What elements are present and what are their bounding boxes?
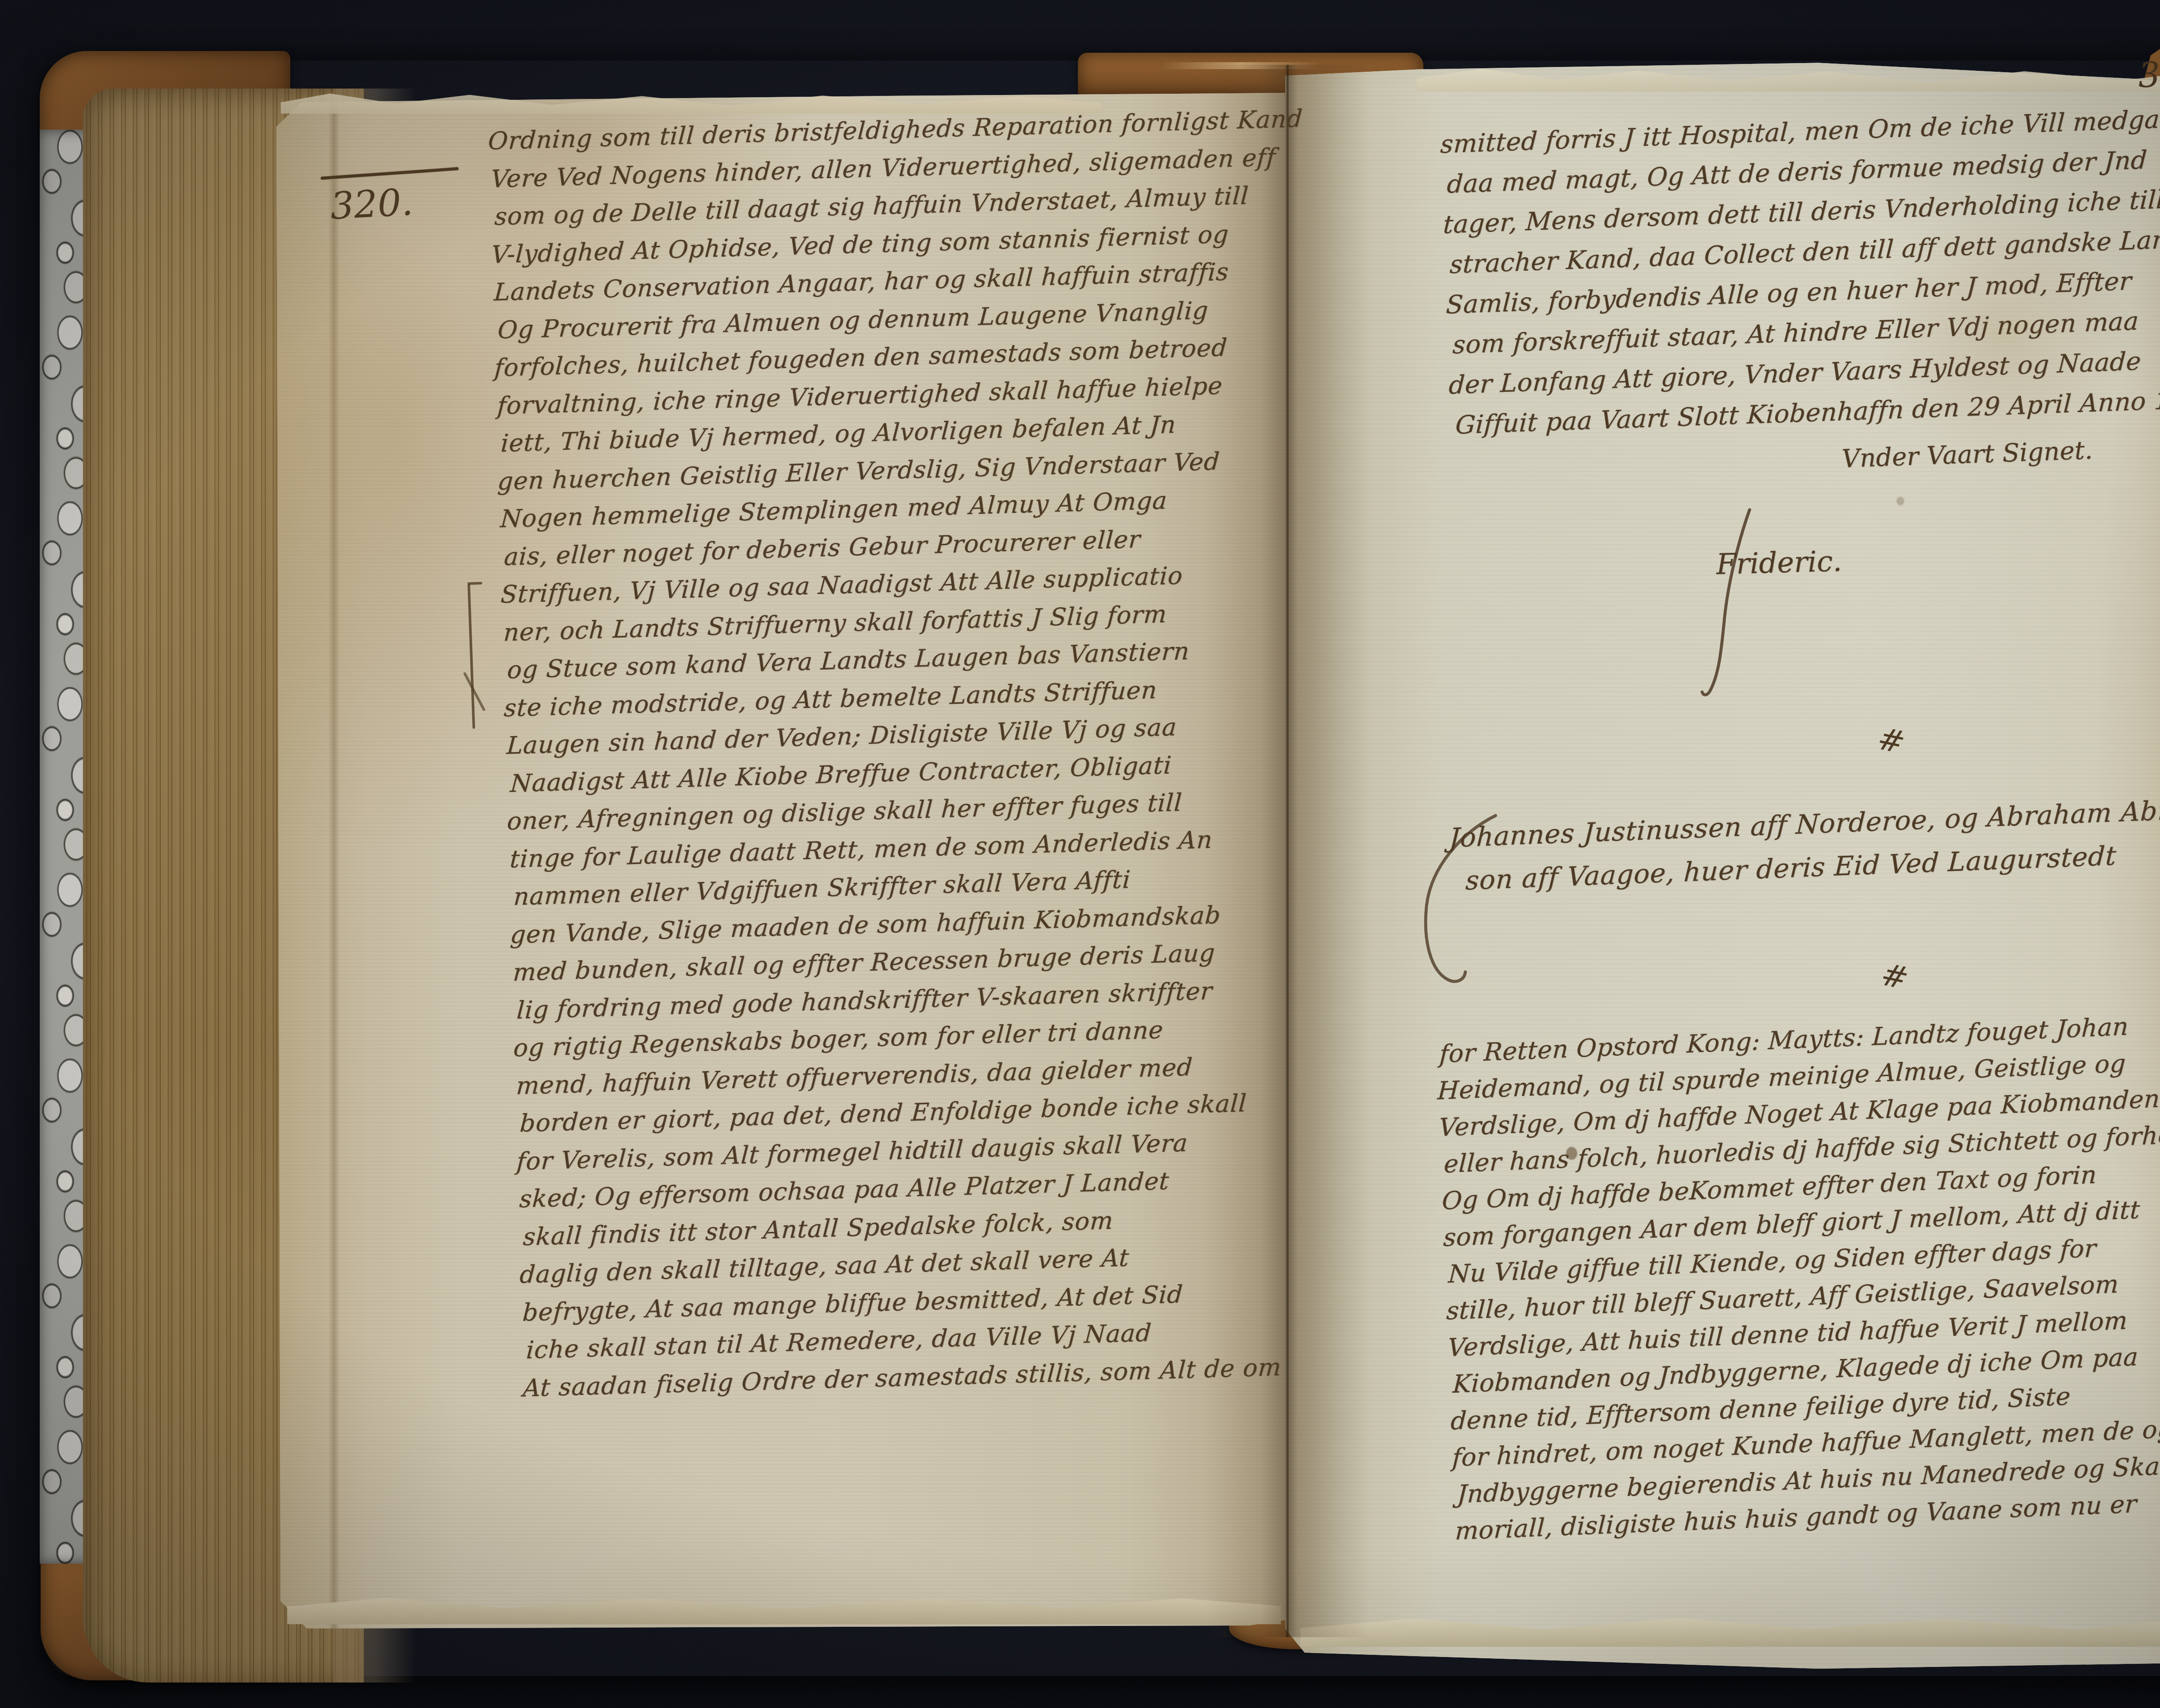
archival-photo-manuscript-spread: { "photo": { "background_color": "#12141… — [0, 0, 2160, 1708]
ink-speck — [1896, 497, 1904, 505]
page-number-321: 321. — [2138, 53, 2160, 95]
left-page-text-block: Ordning som till deris bristfeldigheds R… — [487, 105, 1331, 1412]
court-record-text-block: for Retten Opstord Kong: Maytts: Landtz … — [1435, 1008, 2160, 1554]
signature-swash-stroke — [1698, 505, 1767, 704]
paraph-flourish-stroke — [1414, 807, 1509, 988]
page-number-320: 320. — [329, 181, 414, 228]
royal-letter-text-block: smitted forris J itt Hospital, men Om de… — [1439, 102, 2160, 451]
ink-blot — [1566, 1147, 1577, 1160]
